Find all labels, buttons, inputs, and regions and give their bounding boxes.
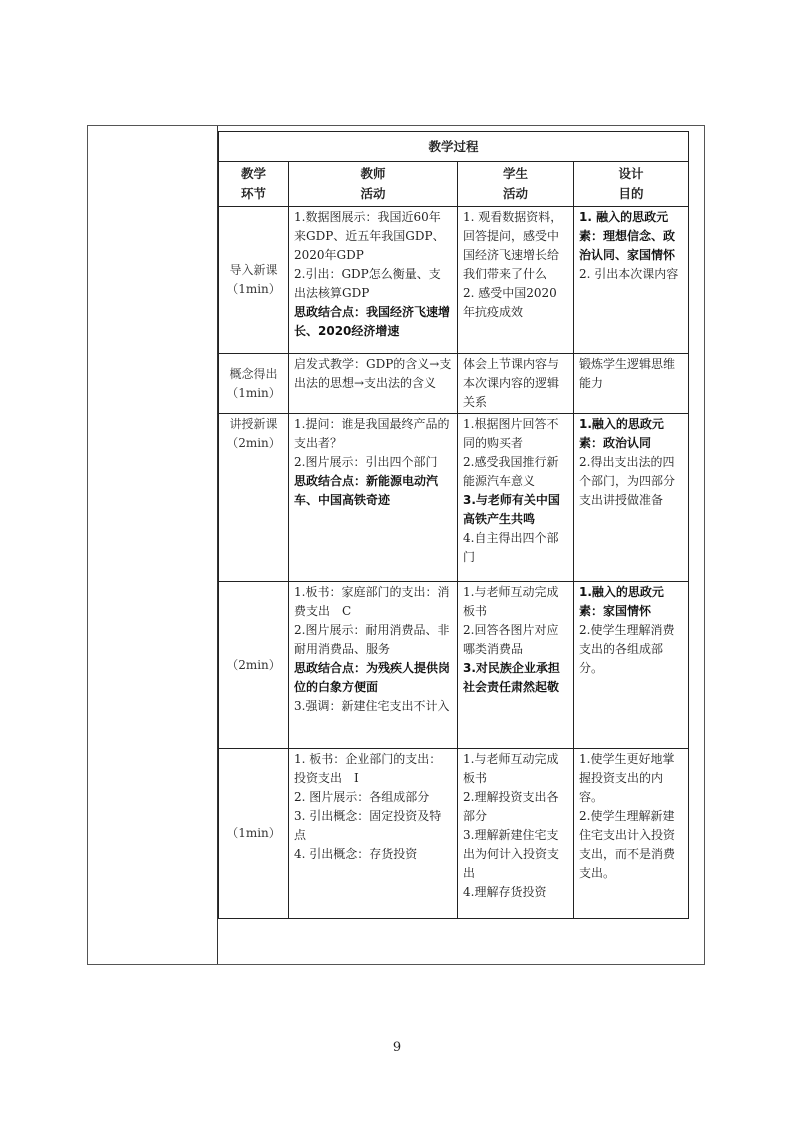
stage-cell: 概念得出（1min）: [219, 354, 289, 414]
stage-cell: （2min）: [219, 582, 289, 749]
table-header-row: 教学环节 教师活动 学生活动 设计目的: [219, 162, 689, 207]
table-title: 教学过程: [219, 132, 689, 162]
table-row: 概念得出（1min） 启发式教学：GDP的含义→支出法的思想→支出法的含义 体会…: [219, 354, 689, 414]
student-cell: 1.与老师互动完成板书 2.理解投资支出各部分 3.理解新建住宅支出为何计入投资…: [458, 749, 574, 919]
purpose-cell: 1.融入的思政元素：政治认同 2.得出支出法的四个部门，为四部分支出讲授做准备: [574, 414, 689, 582]
teacher-cell: 1.数据图展示：我国近60年来GDP、近五年我国GDP、2020年GDP 2.引…: [289, 207, 458, 354]
purpose-cell: 锻炼学生逻辑思维能力: [574, 354, 689, 414]
header-purpose: 设计目的: [574, 162, 689, 207]
stage-cell: 讲授新课（2min）: [219, 414, 289, 582]
header-student: 学生活动: [458, 162, 574, 207]
table-row: （2min） 1.板书：家庭部门的支出：消费支出 C 2.图片展示：耐用消费品、…: [219, 582, 689, 749]
purpose-cell: 1.使学生更好地掌握投资支出的内容。 2.使学生理解新建住宅支出计入投资支出，而…: [574, 749, 689, 919]
teacher-cell: 1.板书：家庭部门的支出：消费支出 C 2.图片展示：耐用消费品、非耐用消费品、…: [289, 582, 458, 749]
teacher-cell: 启发式教学：GDP的含义→支出法的思想→支出法的含义: [289, 354, 458, 414]
stage-cell: （1min）: [219, 749, 289, 919]
header-teacher: 教师活动: [289, 162, 458, 207]
teaching-process-table: 教学过程 教学环节 教师活动 学生活动 设计目的 导入新课（1min） 1.数据…: [218, 131, 689, 919]
student-cell: 体会上节课内容与本次课内容的逻辑关系: [458, 354, 574, 414]
student-cell: 1. 观看数据资料，回答提问，感受中国经济飞速增长给我们带来了什么 2. 感受中…: [458, 207, 574, 354]
table-title-row: 教学过程: [219, 132, 689, 162]
purpose-cell: 1.融入的思政元素：家国情怀 2.使学生理解消费支出的各组成部分。: [574, 582, 689, 749]
header-stage: 教学环节: [219, 162, 289, 207]
stage-cell: 导入新课（1min）: [219, 207, 289, 354]
teacher-cell: 1.提问：谁是我国最终产品的支出者？ 2.图片展示：引出四个部门 思政结合点：新…: [289, 414, 458, 582]
purpose-cell: 1. 融入的思政元素：理想信念、政治认同、家国情怀 2. 引出本次课内容: [574, 207, 689, 354]
table-row: （1min） 1. 板书：企业部门的支出：投资支出 I 2. 图片展示：各组成部…: [219, 749, 689, 919]
table-row: 讲授新课（2min） 1.提问：谁是我国最终产品的支出者？ 2.图片展示：引出四…: [219, 414, 689, 582]
page-number: 9: [0, 1040, 794, 1055]
student-cell: 1.根据图片回答不同的购买者 2.感受我国推行新能源汽车意义 3.与老师有关中国…: [458, 414, 574, 582]
teacher-cell: 1. 板书：企业部门的支出：投资支出 I 2. 图片展示：各组成部分 3. 引出…: [289, 749, 458, 919]
student-cell: 1.与老师互动完成板书 2.回答各图片对应哪类消费品 3.对民族企业承担社会责任…: [458, 582, 574, 749]
table-row: 导入新课（1min） 1.数据图展示：我国近60年来GDP、近五年我国GDP、2…: [219, 207, 689, 354]
